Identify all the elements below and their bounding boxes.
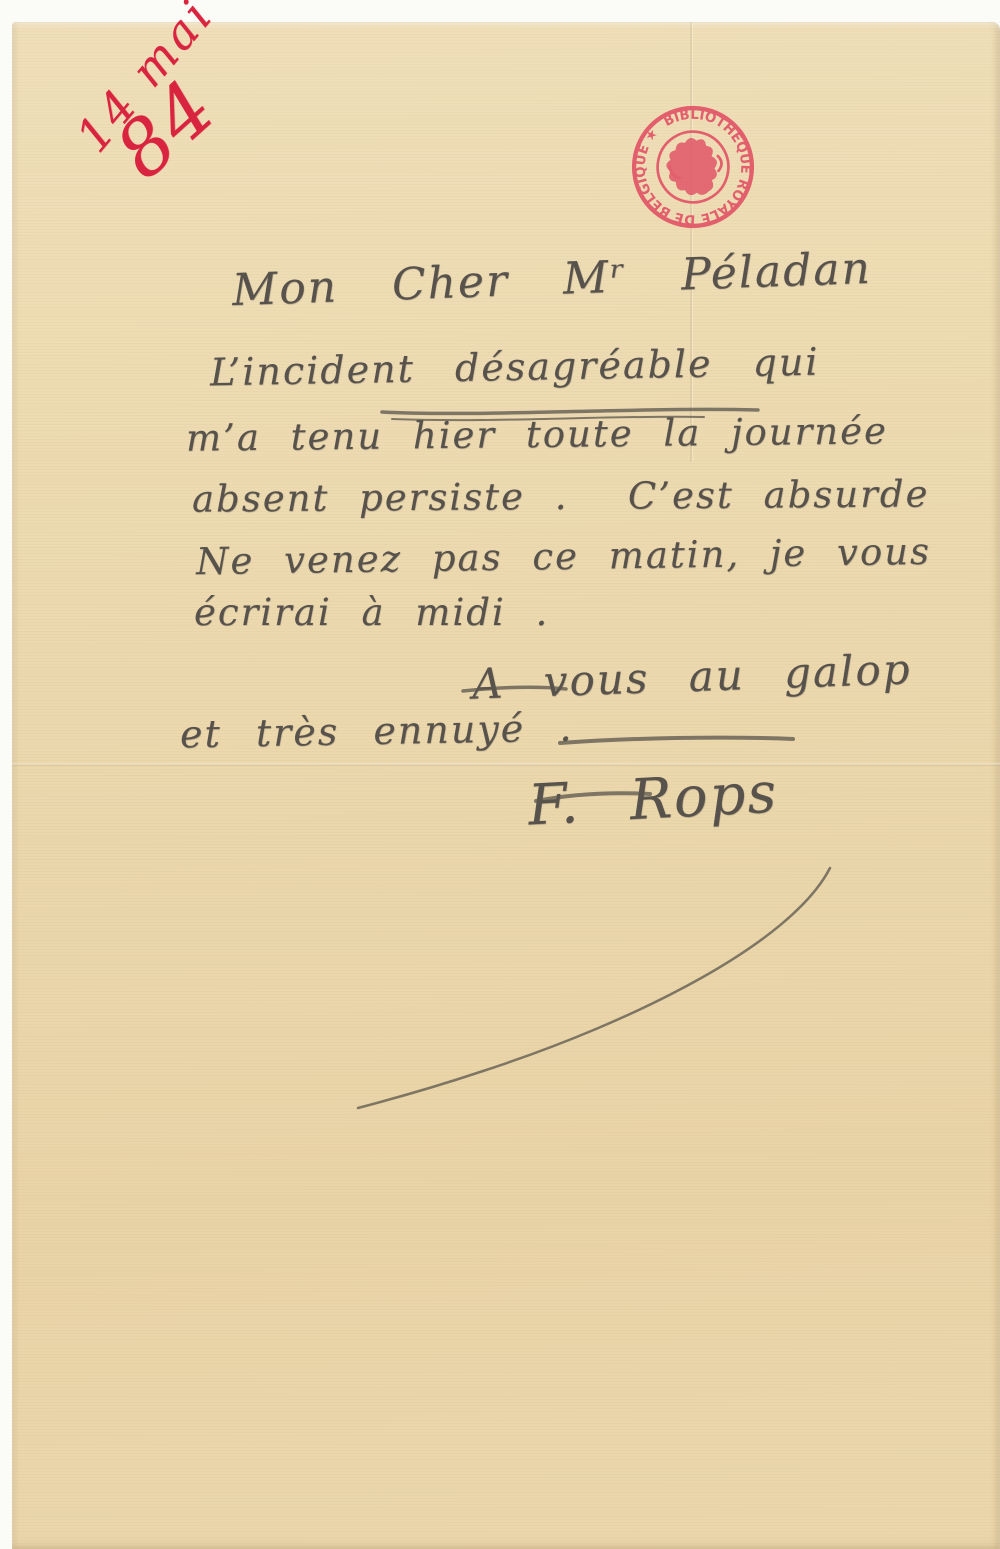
signature: F. Rops [527, 765, 780, 834]
incident-line: L’incident désagréable qui [210, 343, 820, 392]
scanned-letter-page: { "page": { "description": "Scan of a ha… [0, 0, 1000, 1549]
incident-line-underlined-word: désagréable [455, 342, 713, 390]
incident-line-pre: L’incident [210, 346, 456, 394]
horizontal-fold-crease [12, 763, 1000, 766]
belgian-lion-icon [656, 129, 732, 206]
body-line: absent persiste . C’est absurde [192, 475, 930, 517]
body-line: écrirai à midi . [194, 594, 549, 631]
incident-line-post: qui [712, 340, 820, 386]
body-line: Ne venez pas ce matin, je vous [196, 533, 931, 580]
body-line: m’a tenu hier toute la journée [186, 412, 888, 456]
closing-line-2: et très ennuyé . [180, 709, 574, 754]
